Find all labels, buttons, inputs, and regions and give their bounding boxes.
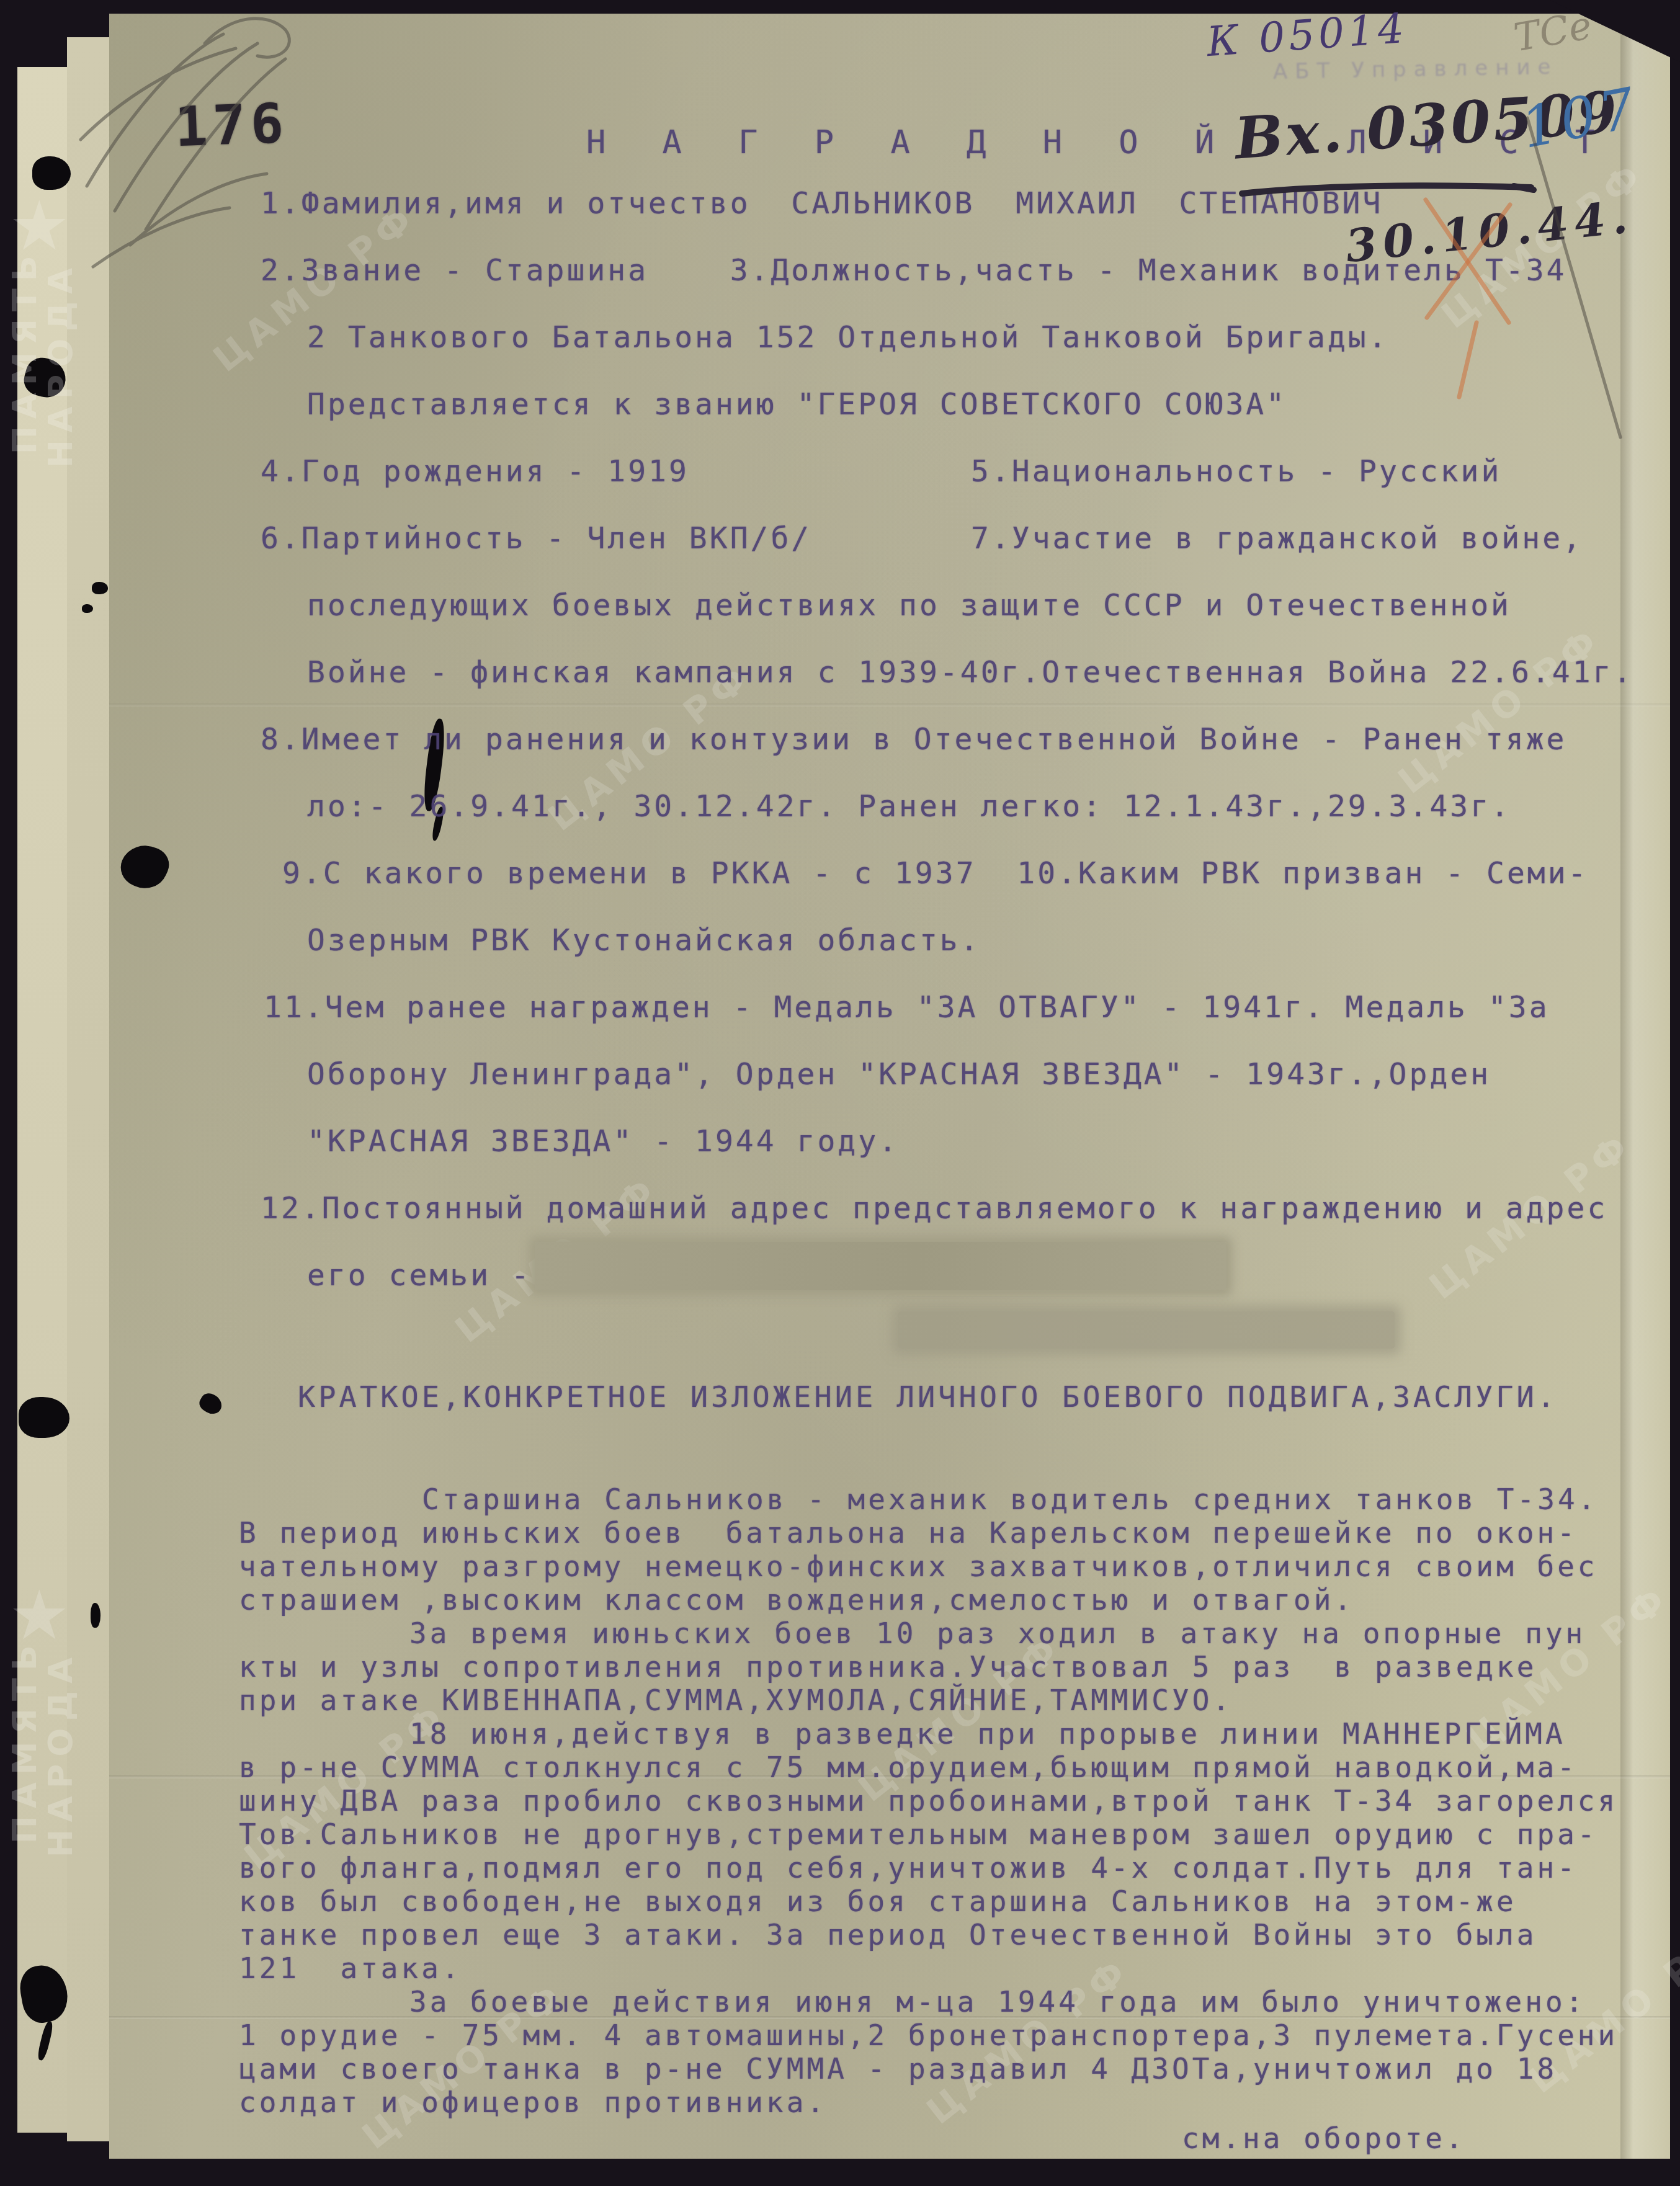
field-birth-year: 4.Год рождения - 1919 <box>261 454 689 489</box>
feat-section-heading: КРАТКОЕ,КОНКРЕТНОЕ ИЗЛОЖЕНИЕ ЛИЧНОГО БОЕ… <box>298 1380 1558 1414</box>
field-war-participation-3: Войне - финская кампания с 1939-40г.Отеч… <box>307 655 1633 690</box>
field-nomination: Представляется к званию "ГЕРОЯ СОВЕТСКОГ… <box>307 387 1287 422</box>
field-war-participation: 7.Участие в гражданской войне, <box>971 521 1583 556</box>
ink-speck <box>92 582 108 594</box>
field-awards-2: Оборону Ленинграда", Орден "КРАСНАЯ ЗВЕЗ… <box>307 1057 1491 1092</box>
feat-line: вого фланга,подмял его под себя,уничтожи… <box>239 1851 1578 1885</box>
field-rkka-since: 9.С какого времени в РККА - с 1937 10.Ка… <box>282 856 1589 891</box>
field-rkka-since-2: Озерным РВК Кустонайская область. <box>307 923 981 958</box>
page-number: 176 <box>174 91 289 159</box>
feat-line: при атаке КИВЕННАПА,СУММА,ХУМОЛА,СЯЙНИЕ,… <box>239 1684 1233 1717</box>
feat-line: в р-не СУММА столкнулся с 75 мм.орудием,… <box>239 1751 1578 1784</box>
feat-line: танке провел еще 3 атаки. За период Отеч… <box>239 1918 1537 1952</box>
ink-speck <box>82 604 93 613</box>
field-address: 12.Постоянный домашний адрес представляе… <box>261 1191 1607 1226</box>
field-nationality: 5.Национальность - Русский <box>971 454 1501 489</box>
binding-hole <box>19 1397 69 1438</box>
faded-stamp: АБТ Управление <box>1273 55 1558 84</box>
field-awards: 11.Чем ранее награжден - Медаль "ЗА ОТВА… <box>264 990 1550 1025</box>
paper-crease <box>109 703 1670 707</box>
field-name: 1.Фамилия,имя и отчество САЛЬНИКОВ МИХАИ… <box>261 186 1383 221</box>
feat-line: За время июньских боев 10 раз ходил в ат… <box>409 1617 1586 1650</box>
feat-line: За боевые действия июня м-ца 1944 года и… <box>409 1985 1586 2019</box>
feat-line: шину ДВА раза пробило сквозными пробоина… <box>239 1784 1618 1818</box>
watermark-pamyat: ПАМЯТЬ <box>5 248 44 454</box>
field-war-participation-2: последующих боевых действиях по защите С… <box>307 588 1511 623</box>
watermark-naroda: НАРОДА <box>41 1650 80 1857</box>
feat-line: кты и узлы сопротивления противника.Учас… <box>239 1650 1537 1684</box>
watermark-naroda: НАРОДА <box>41 261 80 468</box>
feat-line: Старшина Сальников - механик водитель ср… <box>422 1483 1598 1516</box>
feat-line: ков был свободен,не выходя из боя старши… <box>239 1885 1517 1918</box>
feat-line: чательному разгрому немецко-финских захв… <box>239 1550 1598 1583</box>
paper-fold <box>1620 14 1670 2159</box>
scanned-award-sheet: ★ ПАМЯТЬ НАРОДА ★ ПАМЯТЬ НАРОДА ЦАМО РФ … <box>0 0 1680 2186</box>
feat-line: солдат и офицеров противника. <box>239 2086 827 2119</box>
feat-line: цами своего танка в р-не СУММА - раздави… <box>239 2052 1557 2086</box>
field-party: 6.Партийность - Член ВКП/б/ <box>261 521 811 556</box>
feat-line: страшием ,высоким классом вождения,смело… <box>239 1583 1354 1617</box>
field-wounds: 8.Имеет ли ранения и контузии в Отечеств… <box>261 722 1567 757</box>
redacted-address-2 <box>898 1311 1395 1349</box>
field-rank-duty: 2.Звание - Старшина 3.Должность,часть - … <box>261 253 1567 288</box>
feat-line: В период июньских боев батальона на Каре… <box>239 1516 1578 1550</box>
binding-hole <box>32 156 71 190</box>
field-wounds-2: ло:- 26.9.41г., 30.12.42г. Ранен легко: … <box>307 789 1511 824</box>
ink-speck <box>91 1603 101 1628</box>
feat-line: Тов.Сальников не дрогнув,стремительным м… <box>239 1818 1598 1851</box>
feat-line: 121 атака. <box>239 1952 462 1985</box>
redacted-address <box>535 1242 1226 1290</box>
watermark-pamyat: ПАМЯТЬ <box>5 1638 44 1844</box>
field-awards-3: "КРАСНАЯ ЗВЕЗДА" - 1944 году. <box>307 1124 899 1159</box>
see-reverse-note: см.на обороте. <box>1182 2121 1466 2155</box>
feat-line: 18 июня,действуя в разведке при прорыве … <box>409 1717 1566 1751</box>
field-address-2: его семьи - <box>307 1258 532 1293</box>
feat-line: 1 орудие - 75 мм. 4 автомашины,2 бронетр… <box>239 2019 1618 2052</box>
field-unit: 2 Танкового Батальона 152 Отдельной Танк… <box>307 320 1389 355</box>
